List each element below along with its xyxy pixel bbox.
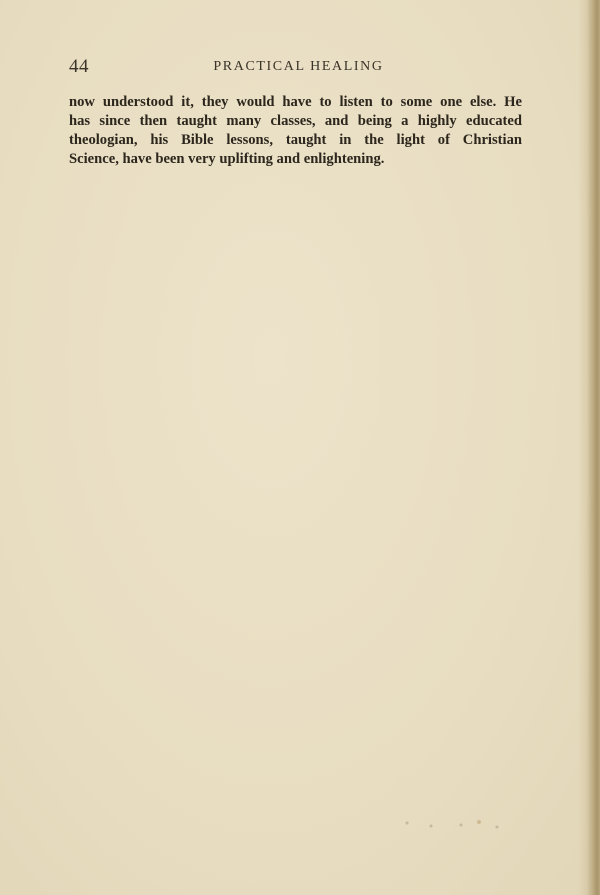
paper-speckles: [395, 815, 515, 835]
book-page: 44 PRACTICAL HEALING now understood it, …: [0, 0, 600, 895]
text-line: theologian, his Bible lessons, taught in…: [69, 131, 522, 150]
text-line: has since then taught many classes, and …: [69, 112, 522, 131]
text-line: now understood it, they would have to li…: [69, 93, 522, 112]
body-paragraph: now understood it, they would have to li…: [69, 93, 522, 169]
text-line: Science, have been very uplifting and en…: [69, 150, 522, 169]
binding-edge-shadow: [578, 0, 600, 895]
running-title: PRACTICAL HEALING: [69, 59, 522, 75]
running-head: 44 PRACTICAL HEALING: [69, 56, 522, 80]
